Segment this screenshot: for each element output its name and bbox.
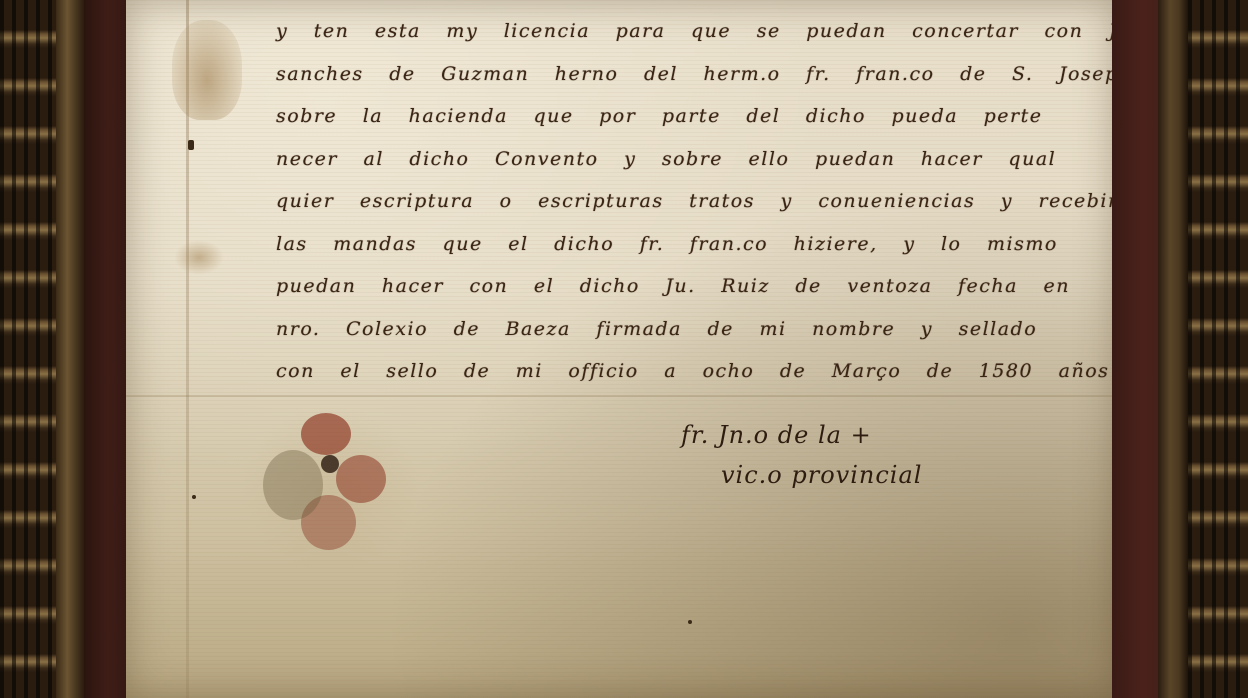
signature-block: fr. Jn.o de la + vic.o provincial (681, 415, 922, 495)
seal-blob (336, 455, 386, 503)
wax-seal-stain (241, 405, 421, 575)
manuscript-line: quier escriptura o escripturas tratos y … (276, 180, 1116, 223)
signature-name: fr. Jn.o de la + (681, 415, 922, 455)
manuscript-line: sanches de Guzman herno del herm.o fr. f… (276, 53, 1116, 96)
paper-fold-horizontal (126, 395, 1116, 397)
manuscript-line: puedan hacer con el dicho Ju. Ruiz de ve… (276, 265, 1116, 308)
water-stain-middle (174, 240, 224, 275)
frame-right-rail (1158, 0, 1188, 698)
manuscript-paper: y ten esta my licencia para que se pueda… (126, 0, 1116, 698)
manuscript-line: y ten esta my licencia para que se pueda… (276, 10, 1116, 53)
frame-right-ornament (1188, 0, 1248, 698)
frame-left-rail (56, 0, 84, 698)
manuscript-line: sobre la hacienda que por parte del dich… (276, 95, 1116, 138)
manuscript-line: las mandas que el dicho fr. fran.co hizi… (276, 223, 1116, 266)
manuscript-line: necer al dicho Convento y sobre ello pue… (276, 138, 1116, 181)
seal-blob (301, 413, 351, 455)
paper-speck (192, 495, 196, 499)
paper-speck (688, 620, 692, 624)
manuscript-line: con el sello de mi officio a ocho de Mar… (276, 350, 1116, 393)
seal-blob (263, 450, 323, 520)
manuscript-line: nro. Colexio de Baeza firmada de mi nomb… (276, 308, 1116, 351)
signature-title: vic.o provincial (681, 455, 922, 495)
water-stain-top (172, 20, 242, 120)
seal-dark-spot (321, 455, 339, 473)
mat-left (84, 0, 132, 698)
manuscript-text: y ten esta my licencia para que se pueda… (276, 10, 1116, 393)
paper-hole (188, 140, 194, 150)
